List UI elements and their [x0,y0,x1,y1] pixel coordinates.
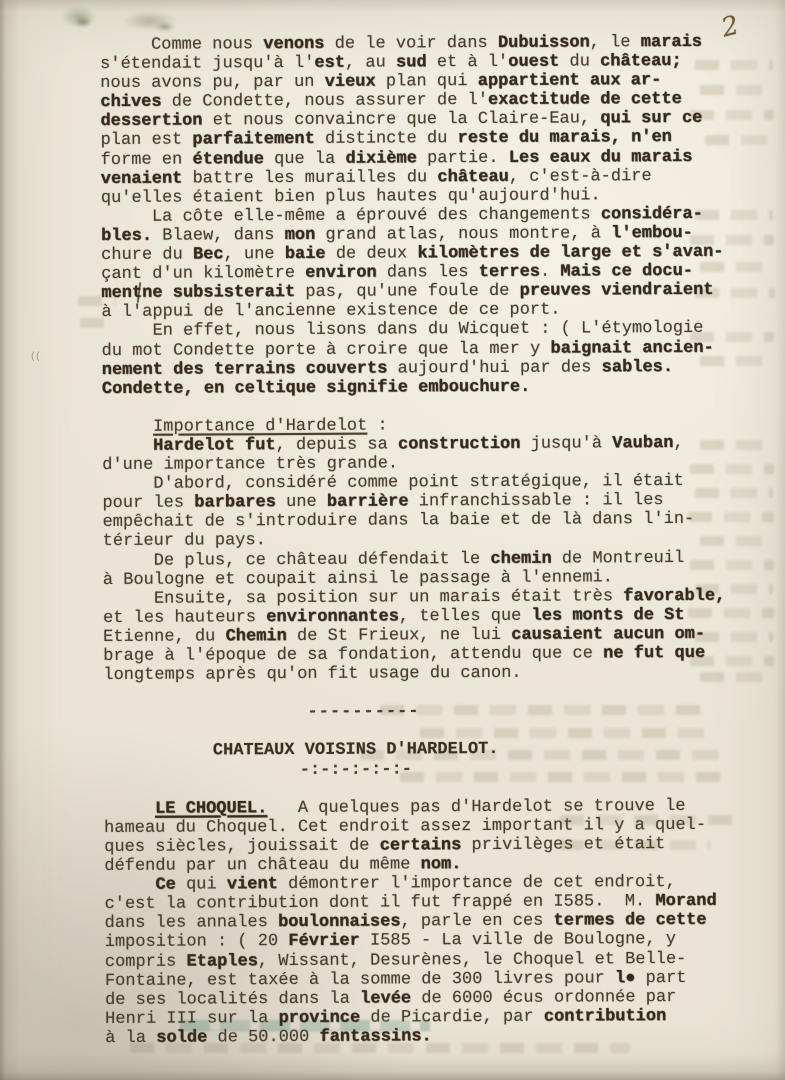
paragraph: LE CHOQUEL. A quelques pas d'Hardelot se… [104,796,764,876]
typed-line: -:-:-:-:-:- [26,759,686,782]
typed-line: Hardelot fut, depuis sa construction jus… [102,434,762,457]
paragraph: Comme nous venons de le voir dans Dubuis… [100,33,761,208]
typed-line: à la solde de 50.000 fantassins. [105,1025,765,1048]
typed-line: Condette, en celtique signifie embouchur… [102,376,762,399]
ink-smudge [150,20,180,34]
typed-line: empêchait de s'introduire dans la baie e… [102,510,762,533]
paragraph: Hardelot fut, depuis sa construction jus… [102,434,762,476]
scanned-page: 2 (( Comme nous venons de le voir dans D… [0,0,785,1080]
typed-line: ---------- [34,701,694,724]
centered-rule: -:-:-:-:-:- [104,758,764,781]
paragraph: De plus, ce château défendait le chemin … [103,548,763,590]
typed-line: mentne subsisterait pas, qu'une foule de… [101,281,761,304]
paragraph: Ce qui vient démontrer l'importance de c… [104,873,765,1048]
paragraph: D'abord, considéré comme point stratégiq… [102,472,762,552]
typewritten-text: Comme nous venons de le voir dans Dubuis… [100,33,765,1048]
margin-pen-mark: (( [30,352,40,363]
typed-line: forme en étendue que la dixième partie. … [101,147,761,170]
typed-line: De plus, ce château défendait le chemin … [103,548,763,571]
typed-line: brage à l'époque de sa fondation, attend… [103,644,763,667]
paragraph: En effet, nous lisons dans du Wicquet : … [101,319,761,399]
ink-smudge [70,14,96,30]
typed-line: nement des terrains couverts aujourd'hui… [102,357,762,380]
dashed-rule: ---------- [103,701,763,724]
typed-line: ques siècles, jouissait de certains priv… [104,834,764,857]
paragraph: La côte elle-même a éprouvé des changeme… [101,204,762,322]
typed-line: longtemps après qu'on fit usage du canon… [103,663,763,686]
typed-line: Henri III sur la province de Picardie, p… [105,1006,765,1029]
paragraph: Ensuite, sa position sur un marais était… [103,586,763,685]
